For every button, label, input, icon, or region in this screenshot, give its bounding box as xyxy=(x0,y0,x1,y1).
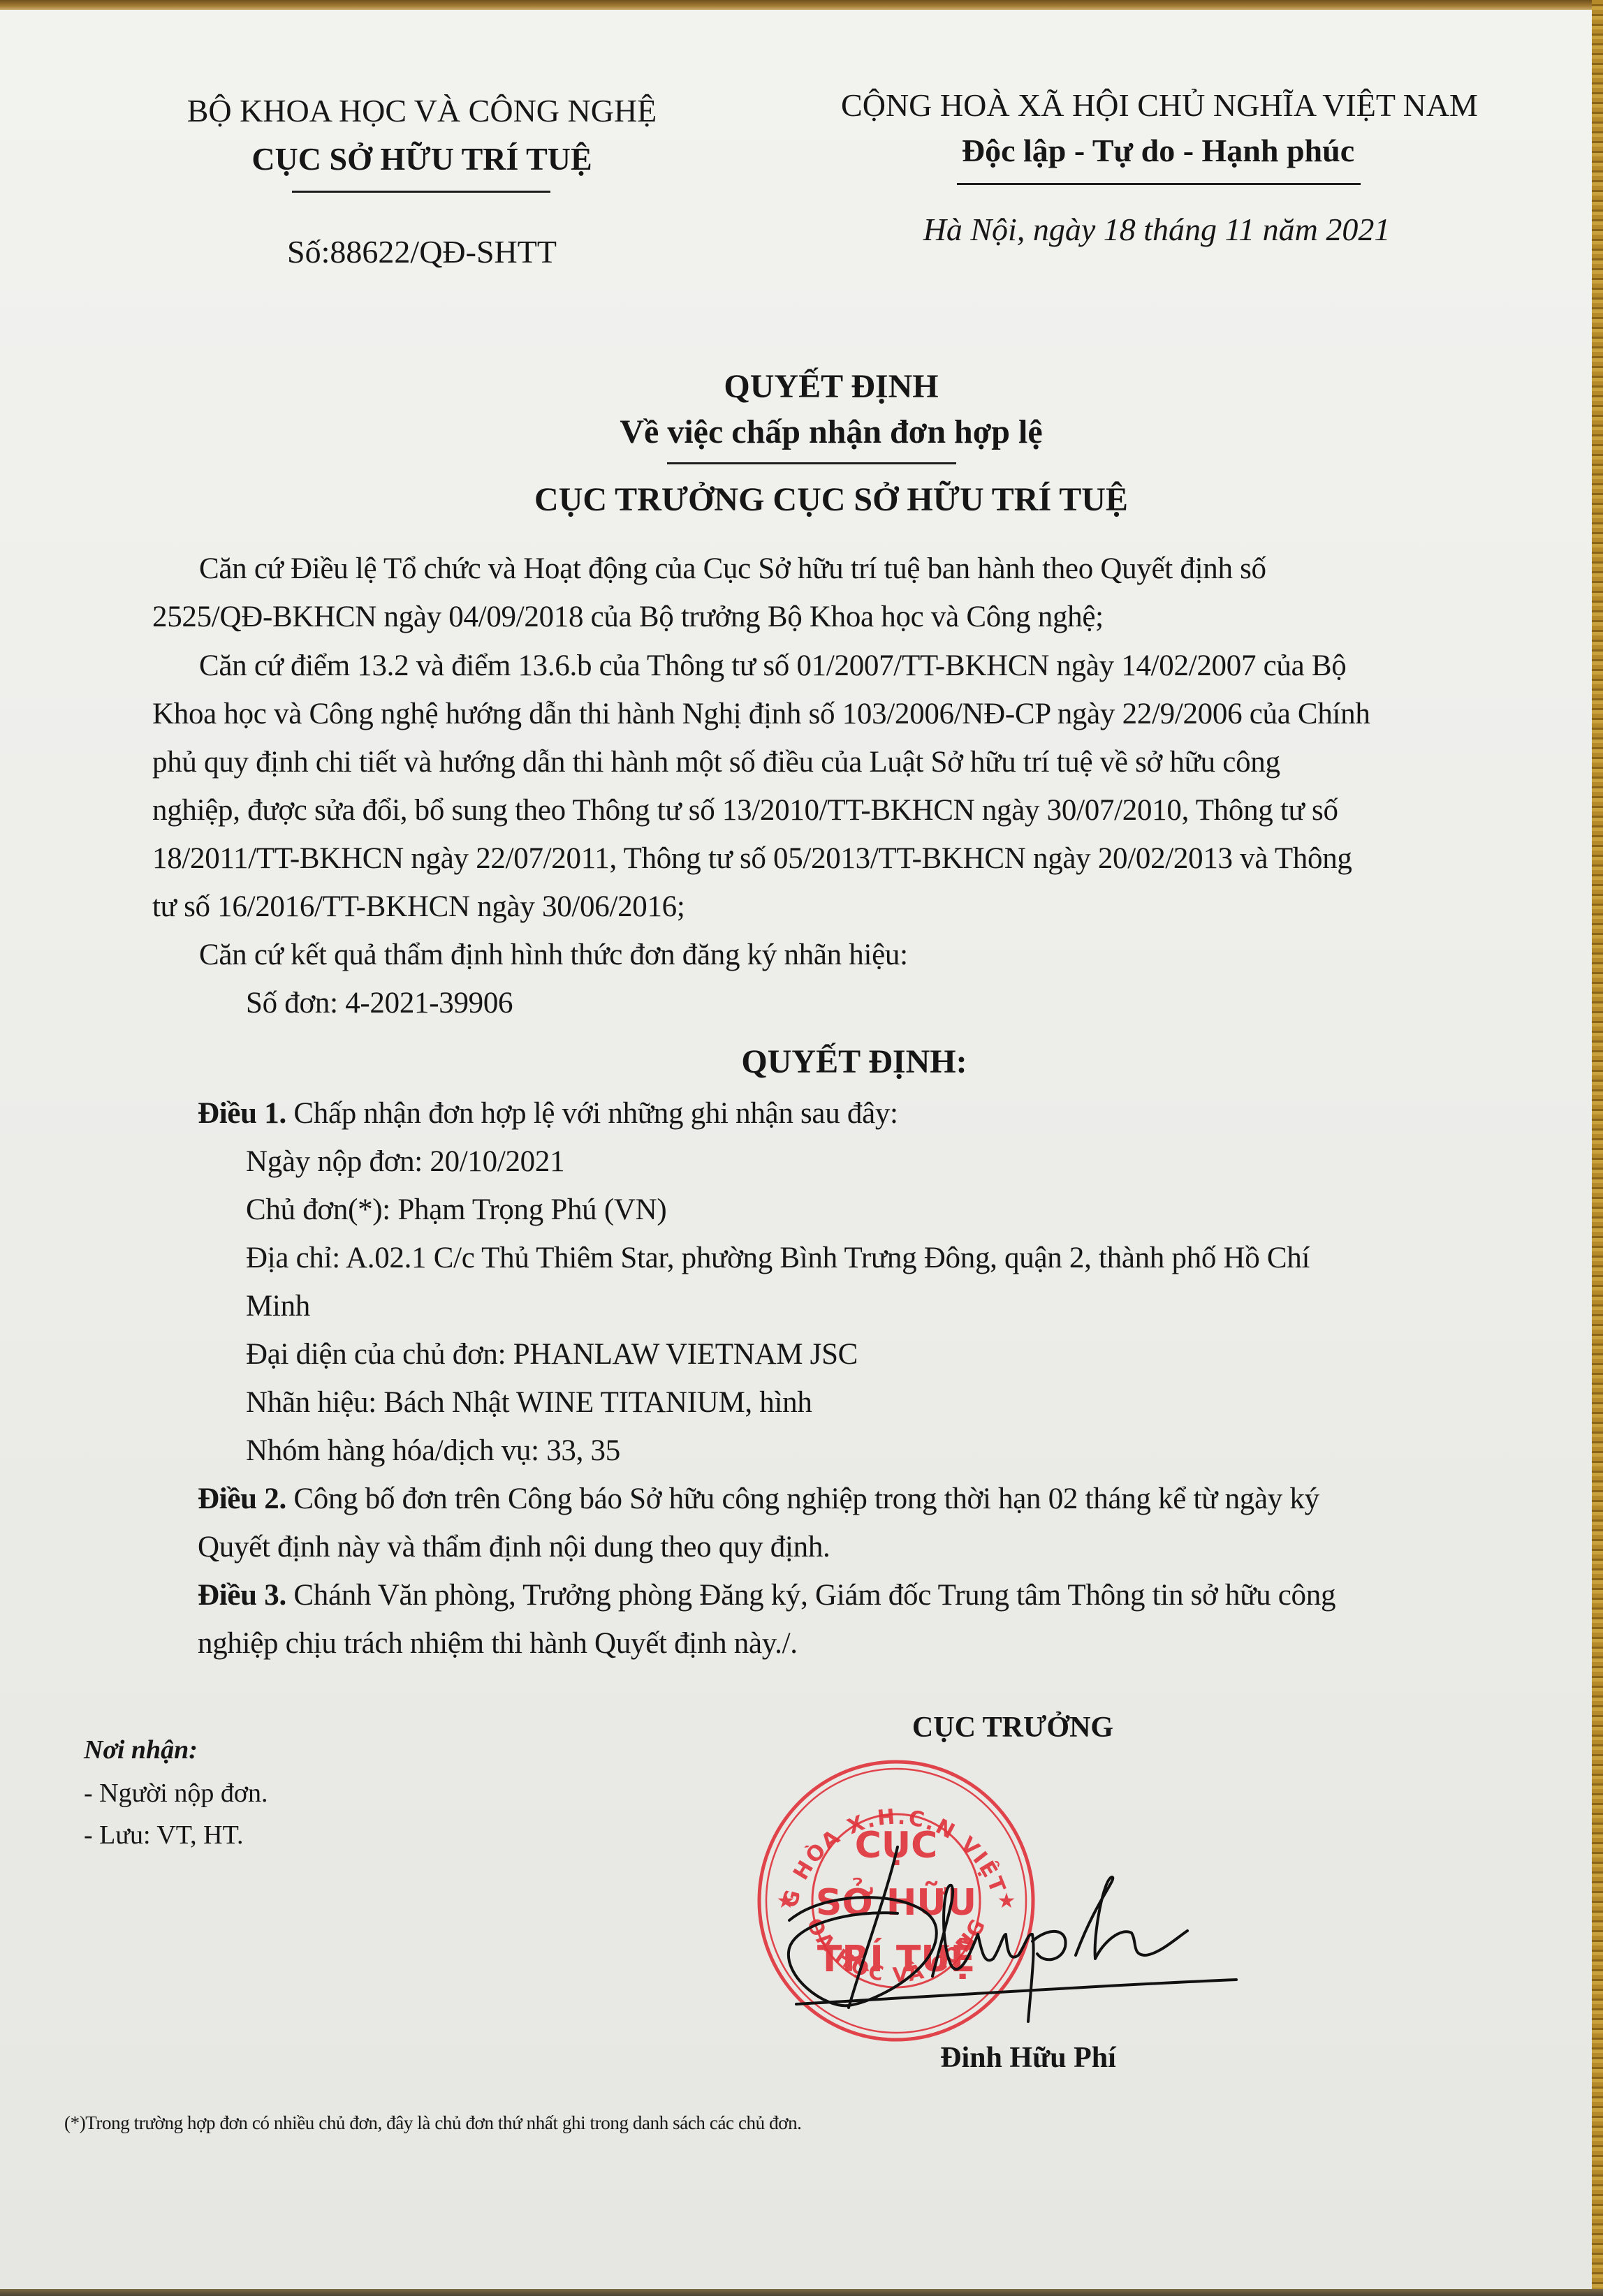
header-left-underline xyxy=(292,191,550,193)
preamble-line: 18/2011/TT-BKHCN ngày 22/07/2011, Thông … xyxy=(152,844,1352,874)
ministry-name: BỘ KHOA HỌC VÀ CÔNG NGHỆ xyxy=(187,95,657,127)
applicant-address-cont: Minh xyxy=(246,1291,310,1321)
agency-name: CỤC SỞ HỮU TRÍ TUỆ xyxy=(251,143,592,175)
decision-heading: QUYẾT ĐỊNH: xyxy=(741,1045,967,1079)
preamble-line: phủ quy định chi tiết và hướng dẫn thi h… xyxy=(152,747,1280,777)
article-1-label: Điều 1. xyxy=(198,1097,286,1130)
article-2-cont: Quyết định này và thẩm định nội dung the… xyxy=(198,1532,830,1562)
header-right-underline xyxy=(957,183,1361,185)
trademark: Nhãn hiệu: Bách Nhật WINE TITANIUM, hình xyxy=(246,1388,812,1418)
recipient-item: - Người nộp đơn. xyxy=(84,1780,268,1806)
wood-frame-bottom xyxy=(0,2289,1603,2296)
nation-title: CỘNG HOÀ XÃ HỘI CHỦ NGHĨA VIỆT NAM xyxy=(841,89,1478,122)
preamble-line: Khoa học và Công nghệ hướng dẫn thi hành… xyxy=(152,699,1370,729)
document-number: Số:88622/QĐ-SHTT xyxy=(287,236,557,268)
article-2-text: Công bố đơn trên Công báo Sở hữu công ng… xyxy=(293,1482,1319,1515)
article-3-label: Điều 3. xyxy=(198,1579,286,1612)
article-1-text: Chấp nhận đơn hợp lệ với những ghi nhận … xyxy=(293,1097,898,1130)
preamble-line: 2525/QĐ-BKHCN ngày 04/09/2018 của Bộ trư… xyxy=(152,602,1104,632)
decision-subject: Về việc chấp nhận đơn hợp lệ xyxy=(620,415,1042,449)
preamble-line: Căn cứ điểm 13.2 và điểm 13.6.b của Thôn… xyxy=(199,651,1346,681)
applicant: Chủ đơn(*): Phạm Trọng Phú (VN) xyxy=(246,1195,666,1225)
signer-name: Đinh Hữu Phí xyxy=(940,2043,1116,2073)
applicant-address: Địa chỉ: A.02.1 C/c Thủ Thiêm Star, phườ… xyxy=(246,1243,1310,1273)
decision-title: QUYẾT ĐỊNH xyxy=(724,370,938,404)
article-3: Điều 3. Chánh Văn phòng, Trưởng phòng Đă… xyxy=(198,1580,1335,1610)
filing-date: Ngày nộp đơn: 20/10/2021 xyxy=(246,1147,564,1177)
recipients-heading: Nơi nhận: xyxy=(84,1737,198,1763)
issuing-authority: CỤC TRƯỞNG CỤC SỞ HỮU TRÍ TUỆ xyxy=(534,483,1128,517)
preamble-line: nghiệp, được sửa đổi, bổ sung theo Thông… xyxy=(152,795,1338,825)
article-3-cont: nghiệp chịu trách nhiệm thi hành Quyết đ… xyxy=(198,1628,798,1658)
signer-title: CỤC TRƯỞNG xyxy=(912,1713,1113,1742)
application-number: Số đơn: 4-2021-39906 xyxy=(246,988,513,1018)
goods-services-classes: Nhóm hàng hóa/dịch vụ: 33, 35 xyxy=(246,1436,620,1466)
national-motto: Độc lập - Tự do - Hạnh phúc xyxy=(962,135,1354,167)
article-2: Điều 2. Công bố đơn trên Công báo Sở hữu… xyxy=(198,1484,1319,1514)
recipient-item: - Lưu: VT, HT. xyxy=(84,1822,244,1848)
footnote: (*)Trong trường hợp đơn có nhiều chủ đơn… xyxy=(64,2114,802,2133)
title-underline xyxy=(667,462,956,464)
preamble-line: Căn cứ Điều lệ Tổ chức và Hoạt động của … xyxy=(199,554,1266,584)
article-2-label: Điều 2. xyxy=(198,1482,286,1515)
preamble-line: Căn cứ kết quả thẩm định hình thức đơn đ… xyxy=(199,940,908,970)
place-and-date: Hà Nội, ngày 18 tháng 11 năm 2021 xyxy=(923,214,1391,246)
wood-frame-top xyxy=(0,0,1603,10)
wood-frame-right xyxy=(1592,0,1603,2296)
representative: Đại diện của chủ đơn: PHANLAW VIETNAM JS… xyxy=(246,1339,858,1369)
article-3-text: Chánh Văn phòng, Trưởng phòng Đăng ký, G… xyxy=(293,1579,1335,1612)
article-1: Điều 1. Chấp nhận đơn hợp lệ với những g… xyxy=(198,1098,898,1128)
preamble-line: tư số 16/2016/TT-BKHCN ngày 30/06/2016; xyxy=(152,892,685,922)
handwritten-signature xyxy=(768,1844,1271,2025)
